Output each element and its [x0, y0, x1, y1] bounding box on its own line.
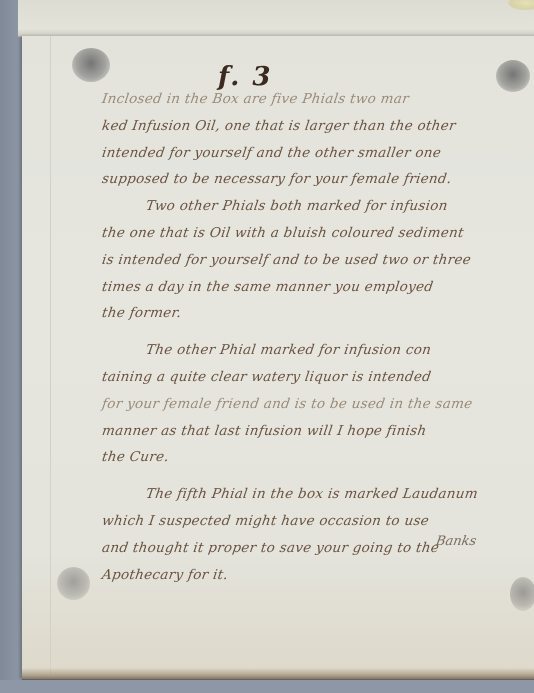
margin-rule — [50, 36, 51, 676]
letter-line: for your female friend and is to be used… — [100, 391, 524, 418]
letter-line: which I suspected might have occasion to… — [100, 508, 524, 535]
letter-body: Inclosed in the Box are five Phials two … — [102, 86, 522, 588]
letter-line: times a day in the same manner you emplo… — [100, 274, 524, 301]
ink-blot-bottom-left — [57, 567, 90, 600]
ink-blot-top-left — [72, 48, 110, 82]
letter-line: is intended for yourself and to be used … — [100, 247, 524, 274]
letter-line: intended for yourself and the other smal… — [100, 140, 524, 167]
letter-line: the former. — [100, 300, 524, 327]
letter-line: supposed to be necessary for your female… — [100, 166, 524, 193]
scan-background-bottom — [0, 680, 534, 693]
letter-line: Two other Phials both marked for infusio… — [100, 193, 524, 220]
letter-line: Inclosed in the Box are five Phials two … — [100, 86, 524, 113]
underlying-page-edge — [18, 0, 534, 37]
signature: Banks — [435, 534, 478, 549]
letter-line: the one that is Oil with a bluish colour… — [100, 220, 524, 247]
letter-line: ked Infusion Oil, one that is larger tha… — [100, 113, 524, 140]
page-bottom-edge-discoloration — [22, 668, 534, 680]
letter-line: the Cure. — [100, 444, 524, 471]
letter-line: The fifth Phial in the box is marked Lau… — [100, 481, 524, 508]
letter-line: manner as that last infusion will I hope… — [100, 418, 524, 445]
letter-line: The other Phial marked for infusion con — [100, 337, 524, 364]
stain-top-edge — [508, 0, 534, 10]
letter-line: Apothecary for it. — [100, 562, 524, 589]
letter-line: taining a quite clear watery liquor is i… — [100, 364, 524, 391]
